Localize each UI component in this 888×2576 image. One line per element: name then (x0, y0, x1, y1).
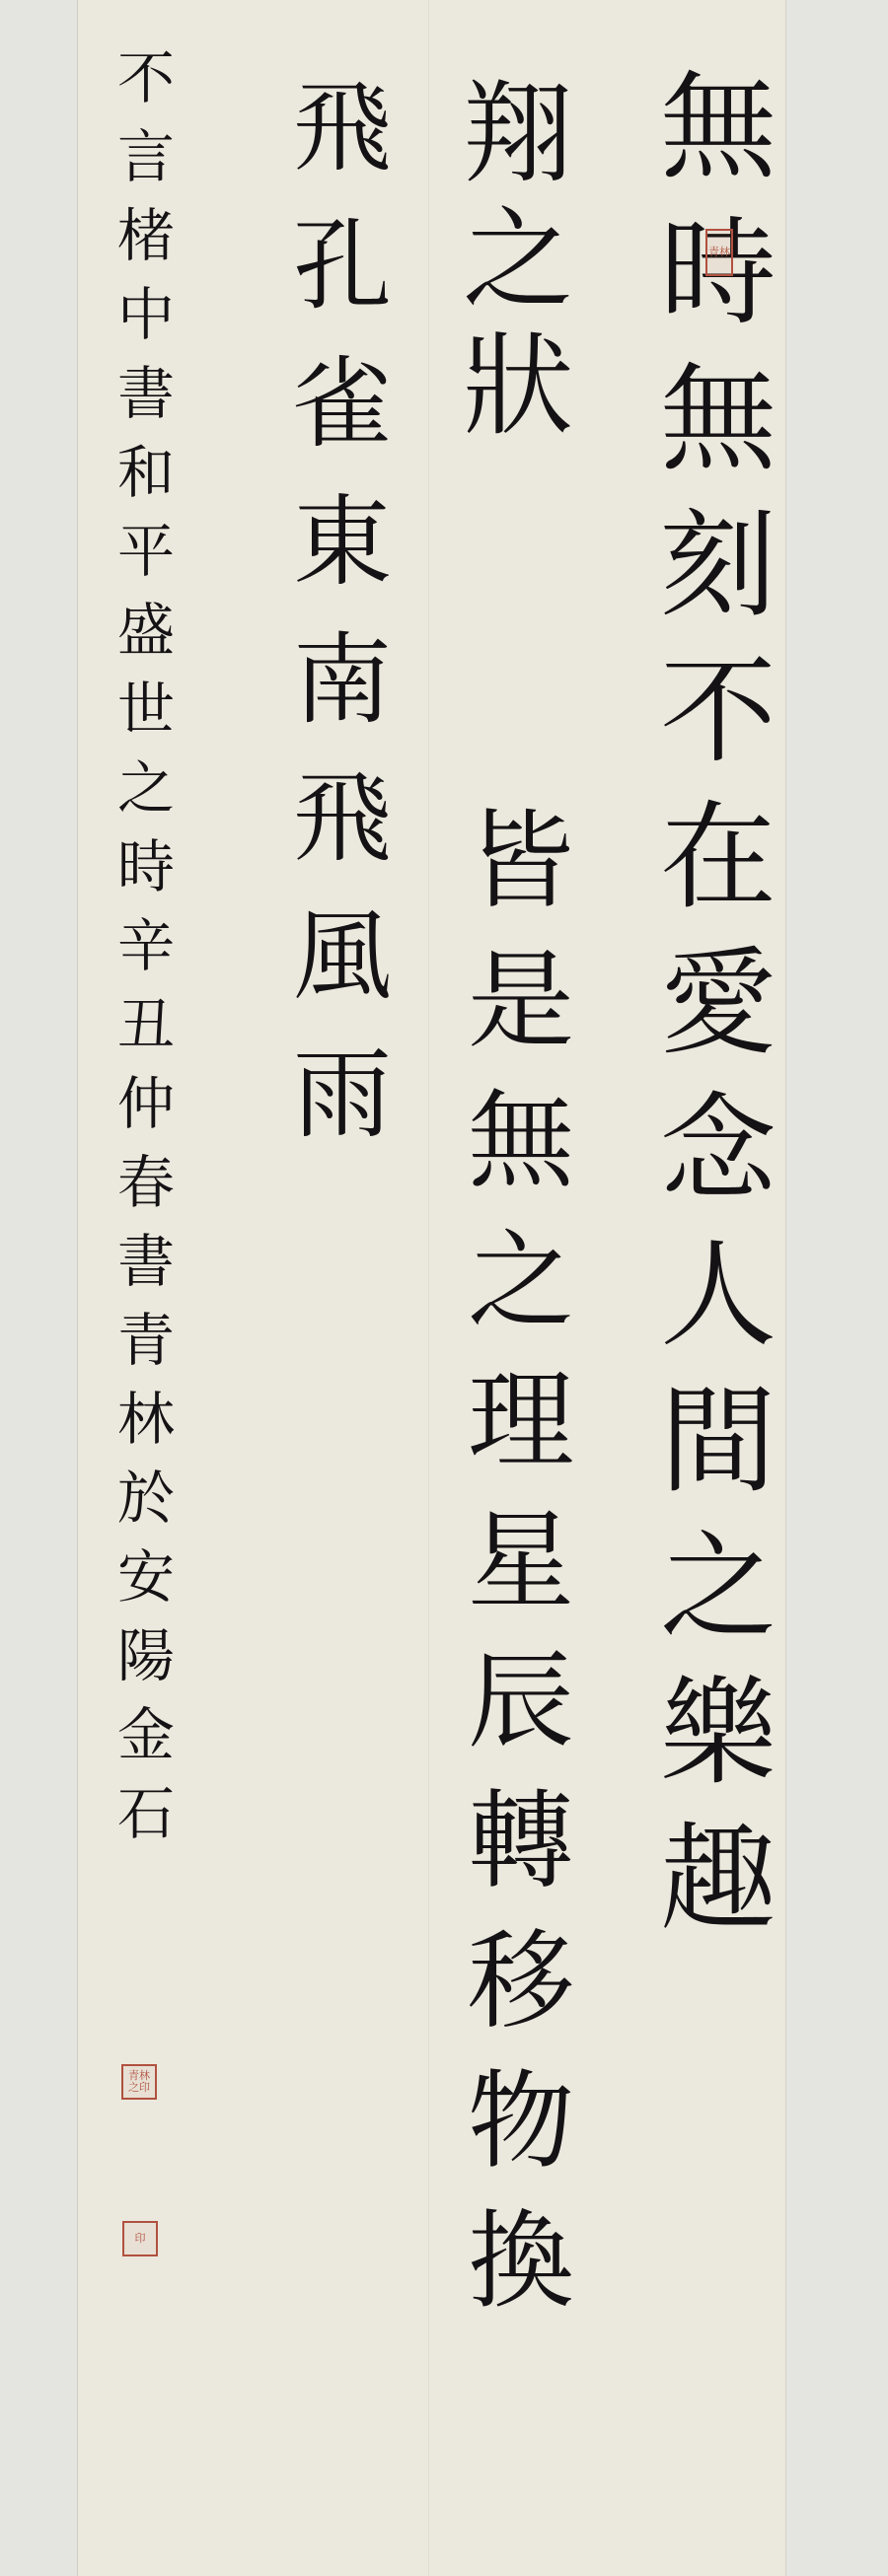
char: 中 (117, 286, 175, 343)
char: 無 (468, 1089, 574, 1195)
char: 書 (117, 365, 175, 422)
char: 星 (468, 1509, 574, 1615)
seal-inscription-2: 印 (122, 2221, 158, 2256)
char: 辰 (468, 1649, 574, 1755)
char: 孔 (293, 217, 392, 316)
char: 於 (117, 1469, 175, 1527)
char: 愛 (660, 945, 777, 1061)
char: 狀 (463, 331, 573, 442)
char: 換 (468, 2209, 574, 2316)
char: 人 (660, 1237, 777, 1353)
char: 南 (293, 631, 392, 730)
text-column-2: 翔 之 狀 (463, 79, 573, 442)
paper-fold-line (428, 0, 429, 2576)
char: 皆 (468, 809, 574, 915)
char: 風 (293, 907, 392, 1006)
char: 不 (660, 653, 777, 769)
char: 趣 (660, 1821, 777, 1937)
char: 樂 (660, 1675, 777, 1791)
char: 物 (468, 2069, 574, 2176)
char: 陽 (117, 1627, 175, 1684)
char: 平 (117, 523, 175, 580)
char: 和 (117, 444, 175, 501)
char: 雀 (293, 355, 392, 454)
char: 時 (117, 838, 175, 895)
char: 刻 (660, 507, 777, 623)
char: 是 (468, 949, 574, 1055)
char: 雨 (293, 1045, 392, 1144)
char: 之 (463, 205, 573, 316)
char: 石 (117, 1785, 175, 1842)
char: 書 (117, 1233, 175, 1290)
char: 仲 (117, 1075, 175, 1132)
char: 移 (468, 1929, 574, 2036)
char: 無 (660, 361, 777, 477)
char: 楮 (117, 207, 175, 264)
text-column-2-lower: 皆 是 無 之 理 星 辰 轉 移 物 換 (468, 809, 574, 2316)
char: 之 (660, 1529, 777, 1645)
char: 言 (117, 128, 175, 185)
char: 轉 (468, 1789, 574, 1896)
char: 辛 (117, 917, 175, 974)
seal-inscription-1: 青林之印 (121, 2064, 157, 2100)
char: 在 (660, 799, 777, 915)
char: 飛 (293, 769, 392, 868)
char: 之 (468, 1229, 574, 1335)
char: 安 (117, 1548, 175, 1606)
text-column-1: 無 時 無 刻 不 在 愛 念 人 間 之 樂 趣 (660, 69, 777, 1937)
char: 翔 (463, 79, 573, 189)
char: 林 (117, 1391, 175, 1448)
scroll-paper: 無 時 無 刻 不 在 愛 念 人 間 之 樂 趣 翔 之 狀 皆 是 無 之 … (77, 0, 786, 2576)
char: 金 (117, 1706, 175, 1763)
inscription-column: 不 言 楮 中 書 和 平 盛 世 之 時 辛 丑 仲 春 書 青 林 於 安 … (117, 49, 175, 1842)
char: 理 (468, 1369, 574, 1475)
text-column-3: 飛 孔 雀 東 南 飛 風 雨 (293, 79, 392, 1144)
char: 盛 (117, 602, 175, 659)
char: 念 (660, 1091, 777, 1207)
seal-top-right: 青林 (705, 229, 733, 276)
char: 間 (660, 1383, 777, 1499)
char: 不 (117, 49, 175, 107)
char: 飛 (293, 79, 392, 178)
char: 無 (660, 69, 777, 185)
char: 之 (117, 759, 175, 817)
char: 世 (117, 680, 175, 738)
char: 東 (293, 493, 392, 592)
char: 青 (117, 1312, 175, 1369)
char: 丑 (117, 996, 175, 1053)
char: 春 (117, 1154, 175, 1211)
